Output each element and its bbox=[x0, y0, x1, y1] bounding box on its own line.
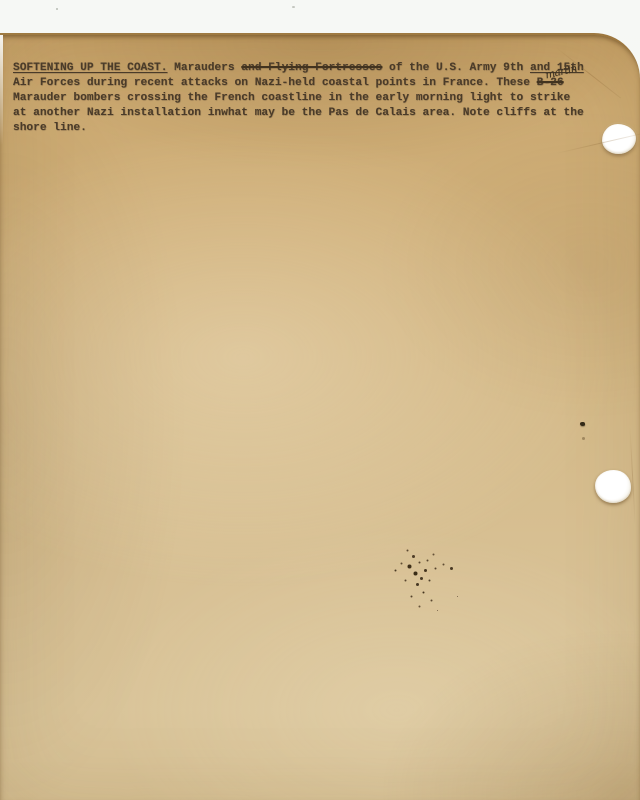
caption-line-1: SOFTENING UP THE COAST. Marauders and Fl… bbox=[13, 61, 625, 76]
ink-spatter-cluster bbox=[420, 577, 423, 580]
caption-line-3: Marauder bombers crossing the French coa… bbox=[13, 91, 625, 106]
scanner-dust-speck bbox=[56, 8, 58, 10]
caption-text: Air Forces during recent attacks on Nazi… bbox=[13, 77, 537, 89]
paper-edge-highlight bbox=[0, 35, 3, 145]
caption-title: SOFTENING UP THE COAST. bbox=[13, 62, 167, 74]
struck-text: and Flying Fortresses bbox=[241, 62, 382, 74]
caption-text: Marauder bombers crossing the French coa… bbox=[13, 92, 570, 104]
caption-line-5: shore line. bbox=[13, 121, 625, 136]
caption-paragraph: SOFTENING UP THE COAST. Marauders and Fl… bbox=[13, 61, 625, 136]
faint-speck bbox=[582, 437, 585, 440]
scanner-dust-speck bbox=[292, 6, 295, 8]
hole-punch-middle bbox=[595, 470, 631, 503]
caption-text: of the U.S. Army 9th bbox=[382, 62, 530, 74]
document-page: SOFTENING UP THE COAST. Marauders and Fl… bbox=[0, 33, 640, 800]
caption-text: Marauders bbox=[167, 62, 241, 74]
caption-text: at another Nazi installation inwhat may … bbox=[13, 107, 584, 119]
caption-line-2: Air Forces during recent attacks on Nazi… bbox=[13, 76, 625, 91]
caption-line-4: at another Nazi installation inwhat may … bbox=[13, 106, 625, 121]
paper-crease bbox=[630, 427, 636, 523]
ink-speck bbox=[580, 422, 586, 427]
caption-text: shore line. bbox=[13, 122, 87, 134]
